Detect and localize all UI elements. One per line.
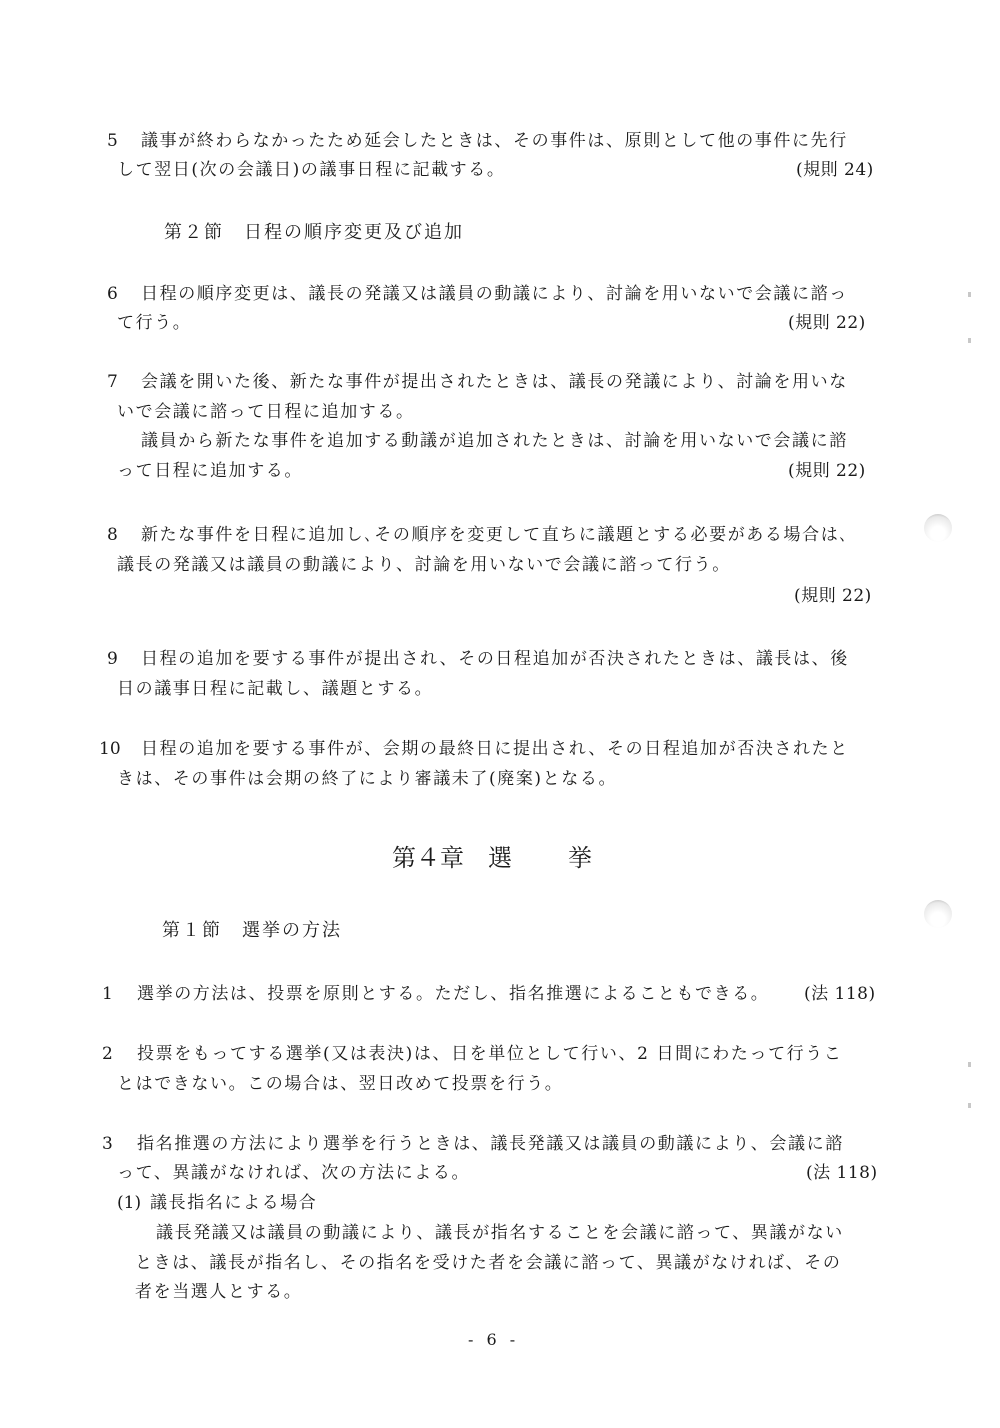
item-5-line-1: 議事が終わらなかったため延会したときは、その事件は、原則として他の事件に先行 [141, 130, 848, 152]
item-number: 7 [107, 371, 118, 393]
subitem-label: (1) [117, 1192, 141, 1214]
item-number: 6 [107, 283, 118, 305]
item-7-line-2: いで会議に諮って日程に追加する。 [117, 401, 415, 423]
chapter-title-left: 第４章 選 [392, 844, 512, 872]
section-2-heading: 第２節 日程の順序変更及び追加 [164, 221, 464, 245]
scan-speck [968, 338, 971, 343]
item-number: 8 [107, 524, 118, 546]
punch-hole-icon [924, 514, 952, 542]
election-item-3-line-1: 指名推選の方法により選挙を行うときは、議長発議又は議員の動議により、会議に諮 [137, 1133, 844, 1155]
item-10-line-1: 日程の追加を要する事件が、会期の最終日に提出され、その日程追加が否決されたと [141, 738, 849, 760]
subitem-line-2: ときは、議長が指名し、その指名を受けた者を会議に諮って、異議がなければ、その [135, 1252, 841, 1274]
scan-speck [968, 1062, 971, 1067]
item-6-line-2: て行う。 [117, 312, 191, 334]
item-9-line-2: 日の議事日程に記載し、議題とする。 [117, 678, 433, 700]
item-10-line-2: きは、その事件は会期の終了により審議未了(廃案)となる。 [117, 768, 617, 790]
subitem-line-1: 議長発議又は議員の動議により、議長が指名することを会議に諮って、異議がない [156, 1222, 844, 1244]
election-item-1-line-1: 選挙の方法は、投票を原則とする。ただし、指名推選によることもできる。 [137, 983, 769, 1005]
item-6-line-1: 日程の順序変更は、議長の発議又は議員の動議により、討論を用いないで会議に諮っ [141, 283, 848, 305]
item-8-line-2: 議長の発議又は議員の動議により、討論を用いないで会議に諮って行う。 [117, 554, 731, 576]
election-item-3-line-2: って、異議がなければ、次の方法による。 [117, 1162, 470, 1184]
election-item-3-reference: (法 118) [806, 1162, 878, 1184]
item-7-reference: (規則 22) [788, 460, 866, 482]
item-5-line-2: して翌日(次の会議日)の議事日程に記載する。 [117, 159, 505, 181]
scan-speck [968, 292, 971, 297]
subitem-title: 議長指名による場合 [150, 1192, 317, 1214]
document-page: 5 議事が終わらなかったため延会したときは、その事件は、原則として他の事件に先行… [0, 0, 1000, 1428]
scan-speck [968, 1103, 971, 1108]
item-7-line-4: って日程に追加する。 [117, 460, 303, 482]
item-7-line-3: 議員から新たな事件を追加する動議が追加されたときは、討論を用いないで会議に諮 [141, 430, 848, 452]
election-item-1-reference: (法 118) [804, 983, 876, 1005]
item-number: 10 [99, 738, 121, 760]
chapter-4-heading: 第４章 選挙 [392, 843, 592, 873]
punch-hole-icon [924, 900, 952, 928]
item-number: 9 [107, 648, 118, 670]
item-number: 5 [107, 130, 118, 152]
page-number: - 6 - [468, 1330, 519, 1350]
subitem-line-3: 者を当選人とする。 [135, 1281, 302, 1303]
item-number: 1 [102, 983, 113, 1005]
item-8-line-1: 新たな事件を日程に追加し､その順序を変更して直ちに議題とする必要がある場合は､ [141, 524, 849, 546]
chapter-title-right: 挙 [568, 844, 592, 872]
section-1-heading: 第１節 選挙の方法 [162, 919, 342, 943]
item-6-reference: (規則 22) [788, 312, 866, 334]
item-7-line-1: 会議を開いた後、新たな事件が提出されたときは、議長の発議により、討論を用いな [141, 371, 848, 393]
item-5-reference: (規則 24) [796, 159, 874, 181]
item-number: 2 [102, 1043, 113, 1065]
election-item-2-line-2: とはできない。この場合は、翌日改めて投票を行う。 [117, 1073, 563, 1095]
item-9-line-1: 日程の追加を要する事件が提出され、その日程追加が否決されたときは、議長は、後 [141, 648, 849, 670]
election-item-2-line-1: 投票をもってする選挙(又は表決)は、日を単位として行い、2 日間にわたって行うこ [137, 1043, 842, 1065]
item-8-reference: (規則 22) [794, 585, 872, 607]
item-number: 3 [102, 1133, 113, 1155]
